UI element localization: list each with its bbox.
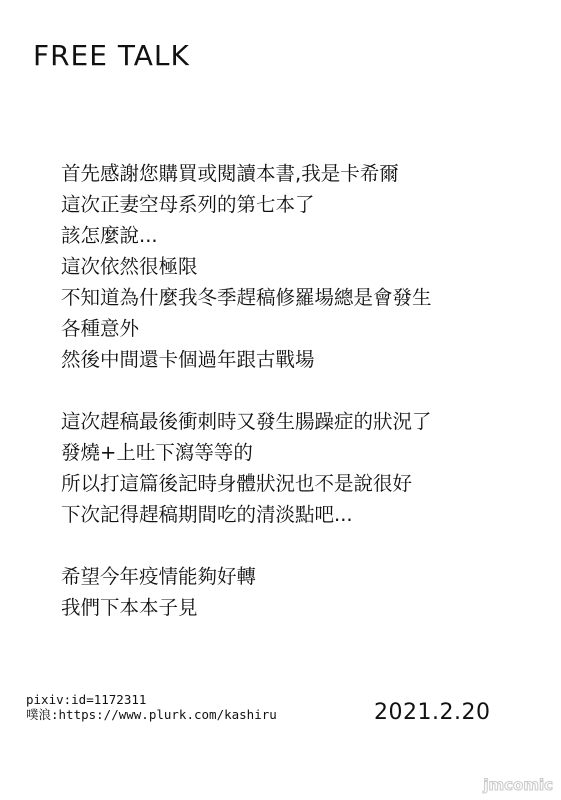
body-line: 各種意外 xyxy=(61,313,541,344)
date-stamp: 2021.2.20 xyxy=(374,700,490,725)
body-line: 首先感謝您購買或閱讀本書,我是卡希爾 xyxy=(61,158,541,189)
body-line: 發燒+上吐下瀉等等的 xyxy=(61,437,541,468)
body-line: 這次正妻空母系列的第七本了 xyxy=(61,189,541,220)
watermark-logo: jmcomic xyxy=(483,776,553,794)
body-line: 希望今年疫情能夠好轉 xyxy=(61,561,541,592)
body-line: 所以打這篇後記時身體狀況也不是說很好 xyxy=(61,468,541,499)
page-title: FREE TALK xyxy=(33,38,190,74)
body-line: 我們下本本子見 xyxy=(61,592,541,623)
plurk-link: 噗浪:https://www.plurk.com/kashiru xyxy=(26,707,277,722)
body-line: 這次依然很極限 xyxy=(61,251,541,282)
author-links: pixiv:id=1172311 噗浪:https://www.plurk.co… xyxy=(26,692,277,722)
afterword-body: 首先感謝您購買或閱讀本書,我是卡希爾 這次正妻空母系列的第七本了 該怎麼說...… xyxy=(61,158,541,623)
paragraph-spacer xyxy=(61,375,541,406)
body-line: 這次趕稿最後衝刺時又發生腸躁症的狀況了 xyxy=(61,406,541,437)
pixiv-id: pixiv:id=1172311 xyxy=(26,692,277,707)
body-line: 該怎麼說... xyxy=(61,220,541,251)
body-line: 下次記得趕稿期間吃的清淡點吧... xyxy=(61,499,541,530)
paragraph-spacer xyxy=(61,530,541,561)
body-line: 不知道為什麼我冬季趕稿修羅場總是會發生 xyxy=(61,282,541,313)
body-line: 然後中間還卡個過年跟古戰場 xyxy=(61,344,541,375)
